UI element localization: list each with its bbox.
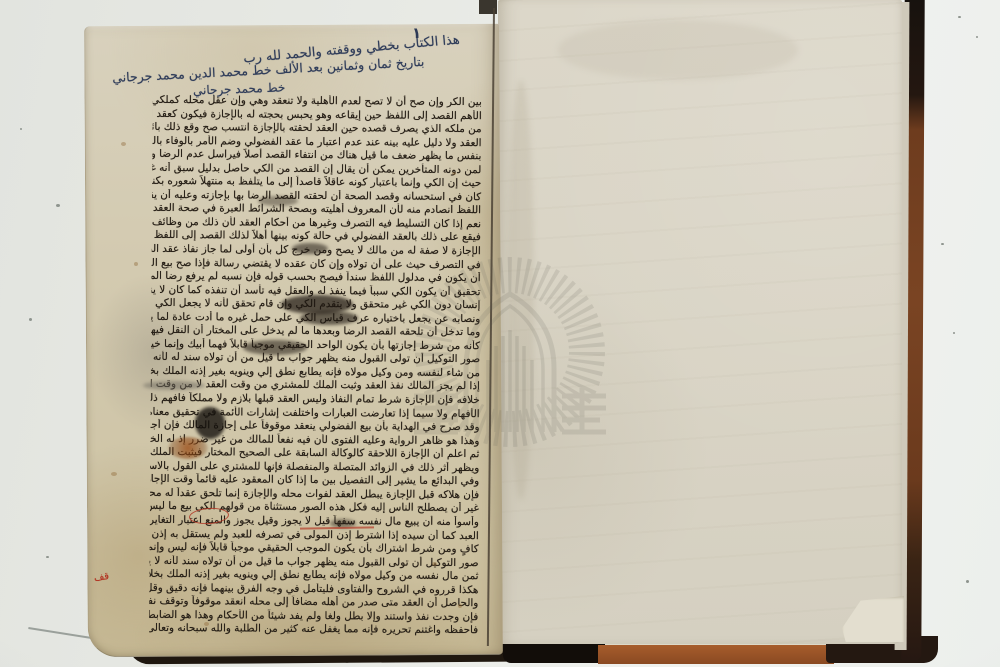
dust-speck — [976, 36, 978, 38]
manuscript-text-block: بين الكر وإن صح أن لا تصح لعدم الأهلية و… — [149, 94, 482, 638]
cover-edge-bottom-black — [503, 641, 605, 663]
stain — [558, 20, 798, 80]
folio-number: ١ — [412, 24, 421, 42]
foxing-dot — [134, 262, 138, 266]
ink-smudge — [243, 340, 307, 355]
dust-speck — [966, 580, 969, 583]
foxing-dot — [432, 562, 437, 566]
rubric-margin-word: قف — [93, 571, 110, 584]
dust-speck — [953, 332, 955, 334]
dust-speck — [941, 243, 944, 245]
foxing-dot — [458, 604, 462, 608]
dust-speck — [20, 128, 22, 130]
dust-speck — [56, 204, 60, 207]
dust-speck — [46, 556, 49, 558]
grey-smear — [143, 381, 205, 390]
dust-speck — [958, 16, 961, 18]
cover-edge-bottom-leather — [598, 645, 834, 664]
foxing-dot — [111, 472, 117, 476]
burn-stain — [168, 437, 208, 459]
ink-smudge — [300, 311, 358, 325]
stain — [508, 80, 534, 500]
dust-speck — [29, 318, 32, 321]
ink-smudge — [292, 243, 328, 254]
foxing-dot — [121, 142, 126, 146]
ink-blot — [195, 407, 225, 439]
foxing-dot — [452, 172, 456, 175]
surface-scratch — [28, 627, 92, 639]
manuscript-line: فاحفظه واغتنم تحريره فإنه مما يغفل عنه ك… — [149, 622, 478, 638]
folded-corner — [842, 596, 904, 642]
blank-right-page — [498, 0, 902, 644]
ink-smudge — [258, 196, 298, 206]
manuscript-photo: هذا الكتاب بخطي ووقفته والحمد لله رب بتا… — [0, 0, 1000, 667]
foxing-dot — [204, 622, 209, 626]
